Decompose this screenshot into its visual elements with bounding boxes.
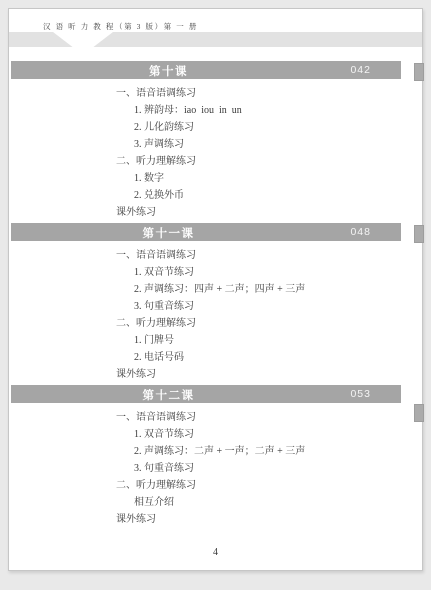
header-ribbon-notch xyxy=(53,32,113,55)
page-number: 4 xyxy=(9,547,422,558)
book-title: 汉 语 听 力 教 程（第 3 版）第 一 册 xyxy=(43,21,198,32)
toc-lesson-section: 第十课 042 一、语音语调练习1. 辨韵母：iao iou in un2. 儿… xyxy=(11,61,401,223)
lesson-header-bar: 第十二课 053 xyxy=(11,385,401,403)
thumb-index-tab xyxy=(414,225,424,243)
lesson-page-ref: 042 xyxy=(350,64,371,76)
thumb-index-tab xyxy=(414,63,424,81)
toc-line: 课外练习 xyxy=(11,366,401,383)
toc-line: 二、听力理解练习 xyxy=(11,315,401,332)
thumb-index-tab xyxy=(414,404,424,422)
toc-line: 二、听力理解练习 xyxy=(11,477,401,494)
toc-line: 3. 声调练习 xyxy=(11,136,401,153)
book-page: 汉 语 听 力 教 程（第 3 版）第 一 册 第十课 042 一、语音语调练习… xyxy=(8,8,423,571)
toc-line: 1. 门牌号 xyxy=(11,332,401,349)
toc-line: 二、听力理解练习 xyxy=(11,153,401,170)
lesson-title: 第十课 xyxy=(111,63,226,79)
lesson-header-bar: 第十课 042 xyxy=(11,61,401,79)
toc-line: 课外练习 xyxy=(11,511,401,528)
toc-line: 2. 兑换外币 xyxy=(11,187,401,204)
toc-line: 1. 数字 xyxy=(11,170,401,187)
toc-line: 2. 声调练习：二声 + 一声；二声 + 三声 xyxy=(11,443,401,460)
toc-line: 一、语音语调练习 xyxy=(11,247,401,264)
lesson-body: 一、语音语调练习1. 双音节练习2. 声调练习：四声 + 二声；四声 + 三声3… xyxy=(11,241,401,385)
toc-lesson-section: 第十二课 053 一、语音语调练习1. 双音节练习2. 声调练习：二声 + 一声… xyxy=(11,385,401,530)
lesson-page-ref: 048 xyxy=(350,226,371,238)
toc-line: 一、语音语调练习 xyxy=(11,409,401,426)
lesson-header-bar: 第十一课 048 xyxy=(11,223,401,241)
toc-lesson-section: 第十一课 048 一、语音语调练习1. 双音节练习2. 声调练习：四声 + 二声… xyxy=(11,223,401,385)
lesson-body: 一、语音语调练习1. 辨韵母：iao iou in un2. 儿化韵练习3. 声… xyxy=(11,79,401,223)
toc-line: 2. 电话号码 xyxy=(11,349,401,366)
toc-line: 1. 双音节练习 xyxy=(11,264,401,281)
toc-line: 相互介绍 xyxy=(11,494,401,511)
lesson-title: 第十一课 xyxy=(111,225,226,241)
toc-line: 一、语音语调练习 xyxy=(11,85,401,102)
toc-line: 3. 句重音练习 xyxy=(11,460,401,477)
toc-line: 2. 儿化韵练习 xyxy=(11,119,401,136)
toc-line: 3. 句重音练习 xyxy=(11,298,401,315)
toc-line: 1. 辨韵母：iao iou in un xyxy=(11,102,401,119)
toc-line: 课外练习 xyxy=(11,204,401,221)
lesson-body: 一、语音语调练习1. 双音节练习2. 声调练习：二声 + 一声；二声 + 三声3… xyxy=(11,403,401,530)
lesson-page-ref: 053 xyxy=(350,388,371,400)
document-viewer: 汉 语 听 力 教 程（第 3 版）第 一 册 第十课 042 一、语音语调练习… xyxy=(0,0,431,590)
toc-line: 1. 双音节练习 xyxy=(11,426,401,443)
toc-list: 第十课 042 一、语音语调练习1. 辨韵母：iao iou in un2. 儿… xyxy=(11,61,401,530)
lesson-title: 第十二课 xyxy=(111,387,226,403)
toc-line: 2. 声调练习：四声 + 二声；四声 + 三声 xyxy=(11,281,401,298)
